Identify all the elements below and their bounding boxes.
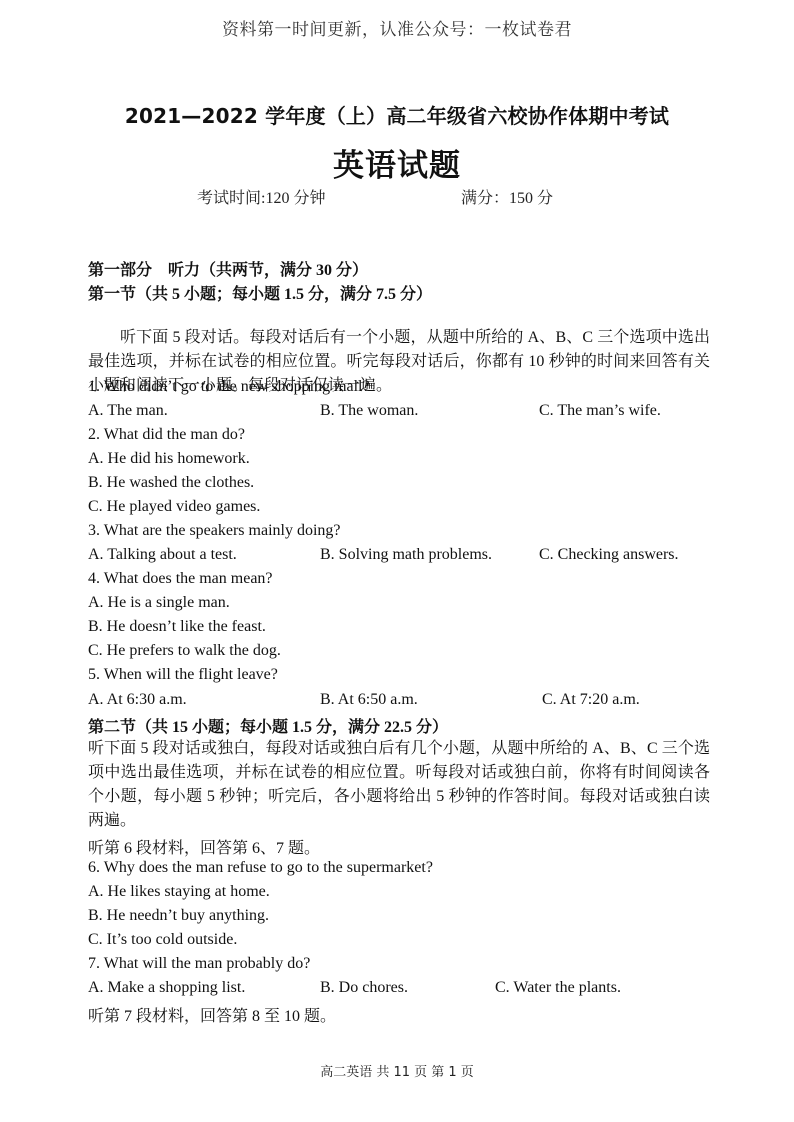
question-6-option-c: C. It’s too cold outside.	[88, 931, 237, 949]
question-2-option-b: B. He washed the clothes.	[88, 474, 254, 492]
exam-title: 2021—2022 学年度（上）高二年级省六校协作体期中考试	[0, 100, 794, 129]
question-3-option-c: C. Checking answers.	[539, 546, 679, 564]
question-2-option-c: C. He played video games.	[88, 498, 260, 516]
question-7-option-a: A. Make a shopping list.	[88, 979, 245, 997]
question-1-option-c: C. The man’s wife.	[539, 402, 661, 420]
question-7-option-c: C. Water the plants.	[495, 979, 621, 997]
question-5-stem: 5. When will the flight leave?	[88, 666, 278, 684]
exam-time: 考试时间:120 分钟	[197, 185, 325, 208]
question-7-stem: 7. What will the man probably do?	[88, 955, 310, 973]
question-6-stem: 6. Why does the man refuse to go to the …	[88, 859, 433, 877]
question-5-option-c: C. At 7:20 a.m.	[542, 691, 640, 709]
question-7-option-b: B. Do chores.	[320, 979, 408, 997]
part1-heading: 第一部分 听力（共两节，满分 30 分）	[88, 257, 368, 280]
full-score: 满分：150 分	[461, 185, 553, 208]
question-1-option-b: B. The woman.	[320, 402, 418, 420]
question-2-stem: 2. What did the man do?	[88, 426, 245, 444]
section2-instructions: 听下面 5 段对话或独白，每段对话或独白后有几个小题，从题中所给的 A、B、C …	[88, 737, 710, 833]
question-3-option-b: B. Solving math problems.	[320, 546, 492, 564]
material-6-note: 听第 6 段材料，回答第 6、7 题。	[88, 835, 320, 858]
question-5-option-a: A. At 6:30 a.m.	[88, 691, 187, 709]
question-4-option-b: B. He doesn’t like the feast.	[88, 618, 266, 636]
page-footer: 高二英语 共 11 页 第 1 页	[0, 1061, 794, 1080]
question-1-stem: 1. Who didn’t go to the new shopping mal…	[88, 378, 370, 396]
question-2-option-a: A. He did his homework.	[88, 450, 250, 468]
question-3-option-a: A. Talking about a test.	[88, 546, 237, 564]
question-4-option-c: C. He prefers to walk the dog.	[88, 642, 281, 660]
question-4-stem: 4. What does the man mean?	[88, 570, 273, 588]
question-1-option-a: A. The man.	[88, 402, 168, 420]
section2-heading: 第二节（共 15 小题；每小题 1.5 分，满分 22.5 分）	[88, 714, 448, 737]
question-4-option-a: A. He is a single man.	[88, 594, 230, 612]
question-3-stem: 3. What are the speakers mainly doing?	[88, 522, 341, 540]
question-6-option-b: B. He needn’t buy anything.	[88, 907, 269, 925]
subject-title: 英语试题	[0, 140, 794, 185]
material-7-note: 听第 7 段材料，回答第 8 至 10 题。	[88, 1003, 336, 1026]
watermark-text: 资料第一时间更新，认准公众号：一枚试卷君	[0, 15, 794, 40]
question-5-option-b: B. At 6:50 a.m.	[320, 691, 418, 709]
section1-heading: 第一节（共 5 小题；每小题 1.5 分，满分 7.5 分）	[88, 281, 432, 304]
question-6-option-a: A. He likes staying at home.	[88, 883, 270, 901]
